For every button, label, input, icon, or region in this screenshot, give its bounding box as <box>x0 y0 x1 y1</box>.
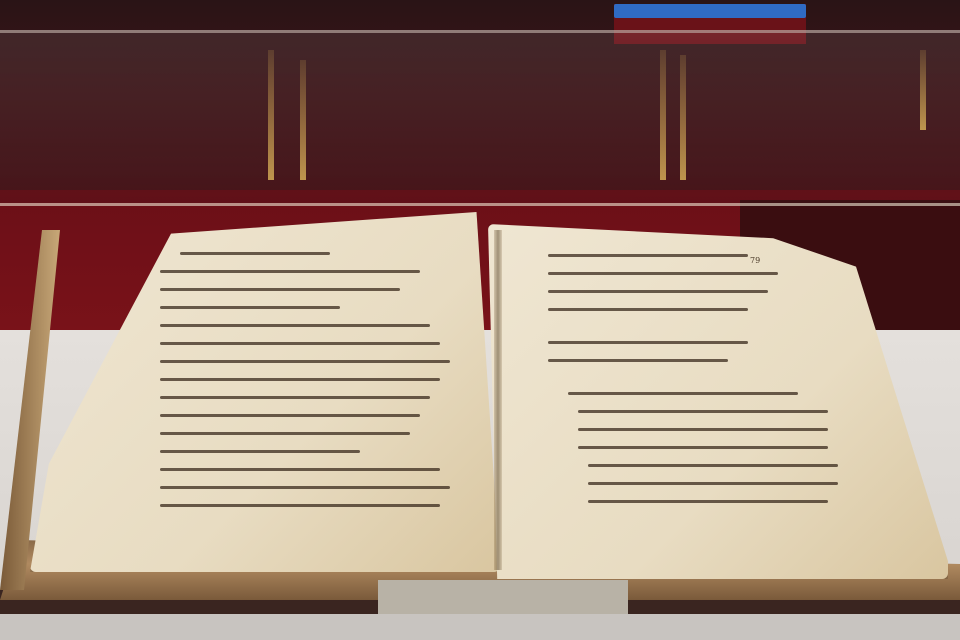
base-strip <box>0 614 960 640</box>
page-number: 79 <box>750 256 760 265</box>
gold-reflection <box>268 50 274 180</box>
handwriting-block <box>160 252 460 522</box>
book-gutter <box>494 230 502 570</box>
museum-scene: 79 <box>0 0 960 640</box>
handwriting-block <box>548 254 848 518</box>
glass-display-case <box>0 30 960 206</box>
gold-reflection <box>680 55 686 180</box>
gold-reflection <box>920 50 926 130</box>
binding-cloth <box>378 580 628 614</box>
gold-reflection <box>660 50 666 180</box>
pedestal-blue-top <box>614 4 806 18</box>
gold-reflection <box>300 60 306 180</box>
